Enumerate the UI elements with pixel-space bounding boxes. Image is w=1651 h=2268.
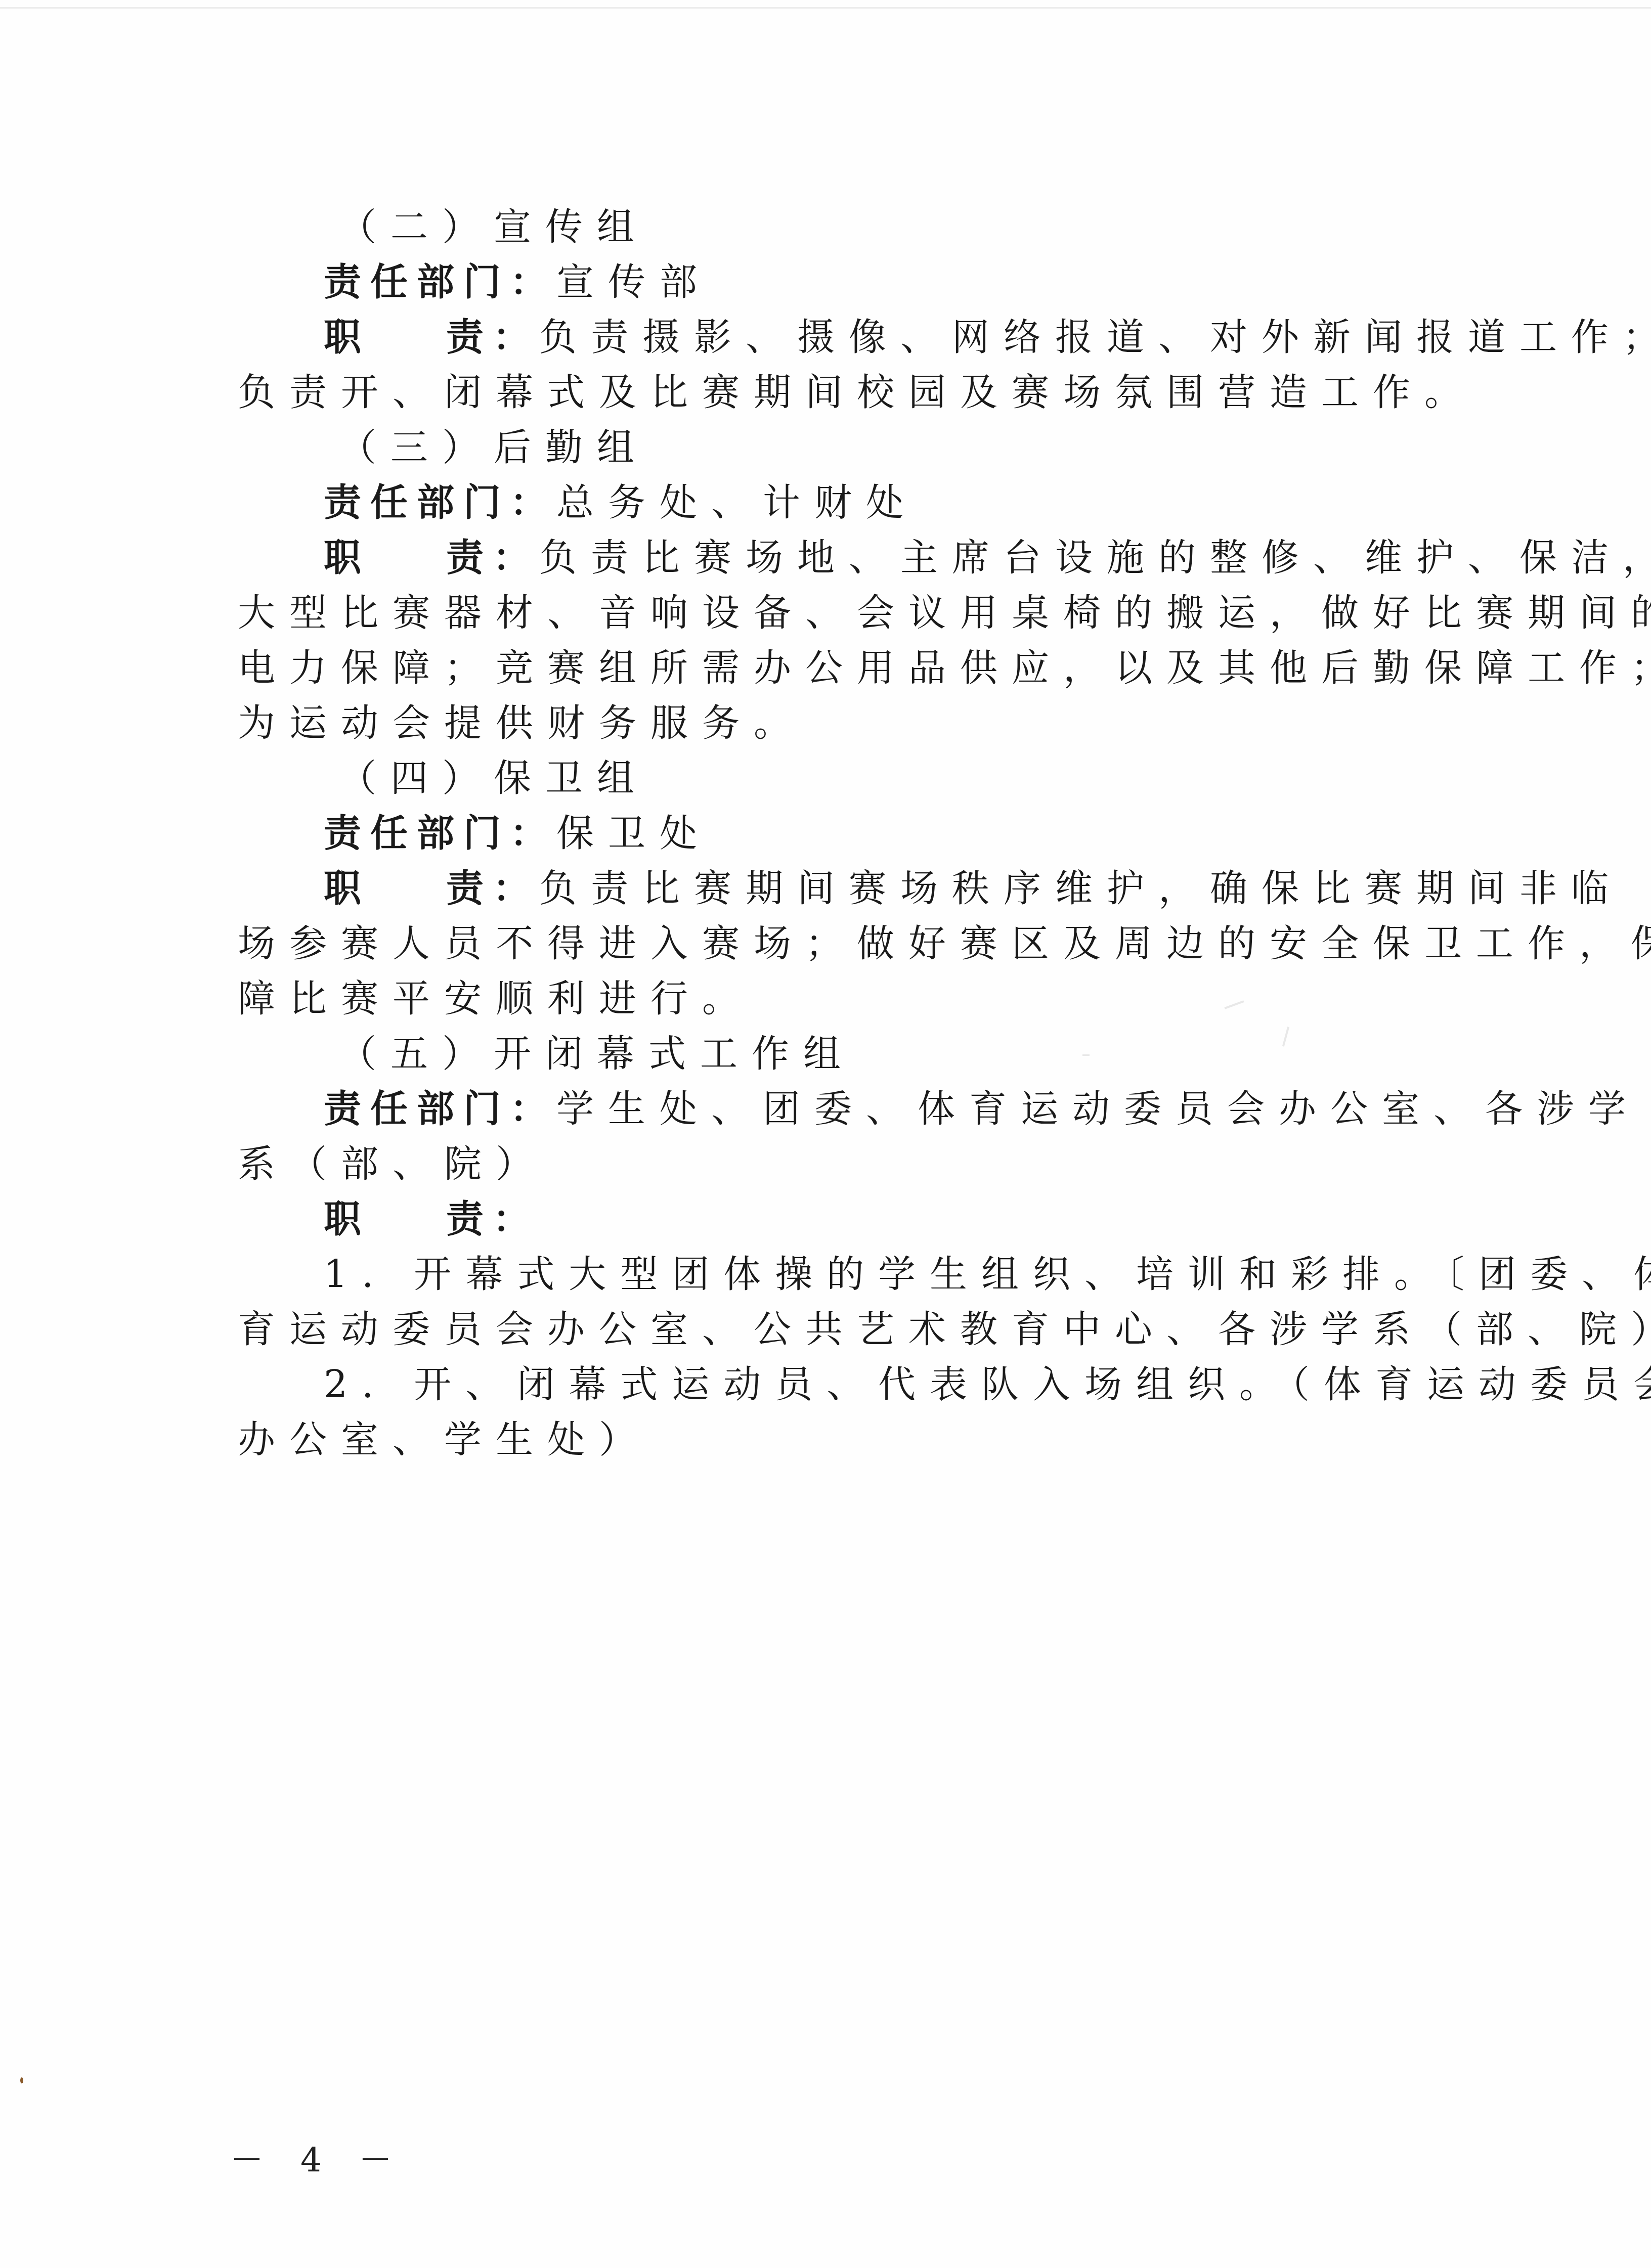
duty-text: 负责比赛场地、主席台设施的整修、维护、保洁， (539, 536, 1651, 580)
responsible-dept-value: 总务处、计财处 (556, 481, 918, 524)
duty-row: 职责：负责摄影、摄像、网络报道、对外新闻报道工作； (238, 310, 1426, 365)
duty-label-char1: 职 (324, 316, 370, 359)
section-heading-ceremony: （五）开闭幕式工作组 (238, 1027, 1426, 1082)
duty-row: 职责： (238, 1192, 1426, 1247)
responsible-dept-continued: 系（部、院） (238, 1137, 1426, 1192)
responsible-dept-value: 保卫处 (556, 812, 711, 855)
section-heading-security: （四）保卫组 (238, 751, 1426, 806)
duty-label-char2: 责： (446, 1197, 539, 1241)
scan-top-edge (0, 7, 1651, 9)
duty-item-2-continued: 办公室、学生处） (238, 1412, 1426, 1467)
responsible-dept-value: 宣传部 (556, 260, 711, 304)
duty-text: 负责比赛期间赛场秩序维护，确保比赛期间非临 (539, 867, 1623, 910)
duty-text: 负责摄影、摄像、网络报道、对外新闻报道工作； (539, 316, 1651, 359)
duty-item-1-continued: 育运动委员会办公室、公共艺术教育中心、各涉学系（部、院）〕 (238, 1302, 1426, 1357)
responsible-dept-label: 责任部门： (324, 260, 556, 304)
duty-text-continued: 电力保障；竞赛组所需办公用品供应，以及其他后勤保障工作； (238, 641, 1426, 696)
section-heading-logistics: （三）后勤组 (238, 420, 1426, 475)
duty-label-char1: 职 (324, 536, 370, 580)
responsible-dept-label: 责任部门： (324, 812, 556, 855)
scan-speck (20, 2077, 23, 2083)
document-page: （二）宣传组 责任部门：宣传部 职责：负责摄影、摄像、网络报道、对外新闻报道工作… (0, 0, 1651, 2268)
document-body: （二）宣传组 责任部门：宣传部 职责：负责摄影、摄像、网络报道、对外新闻报道工作… (238, 200, 1426, 1467)
duty-item-2: 2. 开、闭幕式运动员、代表队入场组织。（体育运动委员会 (238, 1357, 1426, 1412)
duty-row: 职责：负责比赛场地、主席台设施的整修、维护、保洁， (238, 530, 1426, 586)
duty-text-continued: 大型比赛器材、音响设备、会议用桌椅的搬运，做好比赛期间的 (238, 586, 1426, 641)
duty-label-char2: 责： (446, 536, 539, 580)
responsible-dept-row: 责任部门：总务处、计财处 (238, 475, 1426, 530)
responsible-dept-row: 责任部门：学生处、团委、体育运动委员会办公室、各涉学 (238, 1082, 1426, 1137)
duty-text-continued: 负责开、闭幕式及比赛期间校园及赛场氛围营造工作。 (238, 365, 1426, 420)
duty-text-continued: 障比赛平安顺利进行。 (238, 971, 1426, 1027)
responsible-dept-label: 责任部门： (324, 481, 556, 524)
responsible-dept-row: 责任部门：保卫处 (238, 806, 1426, 861)
duty-label-char1: 职 (324, 867, 370, 910)
duty-label-char1: 职 (324, 1197, 370, 1241)
responsible-dept-label: 责任部门： (324, 1087, 556, 1131)
responsible-dept-row: 责任部门：宣传部 (238, 255, 1426, 310)
duty-label-char2: 责： (446, 316, 539, 359)
duty-item-1: 1. 开幕式大型团体操的学生组织、培训和彩排。〔团委、体 (238, 1247, 1426, 1302)
scan-smudge (1082, 1054, 1090, 1056)
duty-text-continued: 场参赛人员不得进入赛场；做好赛区及周边的安全保卫工作，保 (238, 916, 1426, 971)
responsible-dept-value: 学生处、团委、体育运动委员会办公室、各涉学 (556, 1087, 1640, 1131)
section-heading-publicity: （二）宣传组 (238, 200, 1426, 255)
duty-text-continued: 为运动会提供财务服务。 (238, 696, 1426, 751)
duty-label-char2: 责： (446, 867, 539, 910)
page-number: － 4 － (230, 2133, 405, 2181)
duty-row: 职责：负责比赛期间赛场秩序维护，确保比赛期间非临 (238, 861, 1426, 916)
